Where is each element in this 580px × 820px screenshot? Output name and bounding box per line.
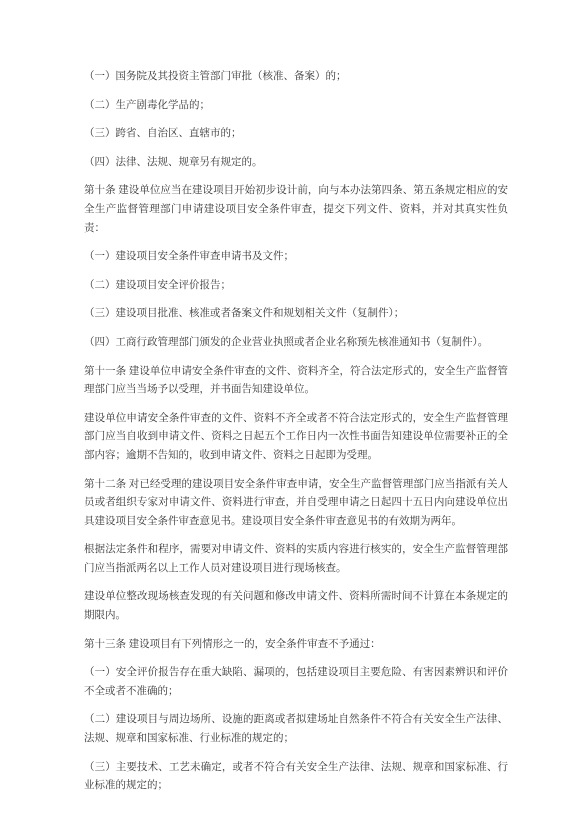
article-13-item-2: （二）建设项目与周边场所、设施的距离或者拟建场址自然条件不符合有关安全生产法律、… (84, 711, 508, 748)
article-11-paragraph-1: 第十一条 建设单位申请安全条件审查的文件、资料齐全，符合法定形式的，安全生产监督… (84, 363, 508, 400)
article-10-paragraph: 第十条 建设单位应当在建设项目开始初步设计前，向与本办法第四条、第五条规定相应的… (84, 182, 508, 238)
article-11-paragraph-2: 建设单位申请安全条件审查的文件、资料不齐全或者不符合法定形式的，安全生产监督管理… (84, 410, 508, 466)
article-13-item-1: （一）安全评价报告存在重大缺陷、漏项的，包括建设项目主要危险、有害因素辨识和评价… (84, 664, 508, 701)
article-10-item-1: （一）建设项目安全条件审查申请书及文件； (84, 248, 508, 267)
document-content: （一）国务院及其投资主管部门审批（核准、备案）的； （二）生产剧毒化学品的； （… (84, 68, 508, 806)
list-item-3: （三）跨省、自治区、直辖市的； (84, 125, 508, 144)
article-13-paragraph: 第十三条 建设项目有下列情形之一的，安全条件审查不予通过： (84, 636, 508, 655)
list-item-4: （四）法律、法规、规章另有规定的。 (84, 154, 508, 173)
article-12-paragraph-2: 根据法定条件和程序，需要对申请文件、资料的实质内容进行核实的，安全生产监督管理部… (84, 541, 508, 578)
list-item-1: （一）国务院及其投资主管部门审批（核准、备案）的； (84, 68, 508, 87)
article-10-item-3: （三）建设项目批准、核准或者备案文件和规划相关文件（复制件）； (84, 305, 508, 324)
article-12-paragraph-3: 建设单位整改现场核查发现的有关问题和修改申请文件、资料所需时间不计算在本条规定的… (84, 588, 508, 625)
article-10-item-4: （四）工商行政管理部门颁发的企业营业执照或者企业名称预先核准通知书（复制件）。 (84, 334, 508, 353)
list-item-2: （二）生产剧毒化学品的； (84, 97, 508, 116)
article-13-item-3: （三）主要技术、工艺未确定，或者不符合有关安全生产法律、法规、规章和国家标准、行… (84, 759, 508, 796)
article-10-item-2: （二）建设项目安全评价报告； (84, 277, 508, 296)
document-page: （一）国务院及其投资主管部门审批（核准、备案）的； （二）生产剧毒化学品的； （… (0, 0, 580, 820)
article-12-paragraph-1: 第十二条 对已经受理的建设项目安全条件审查申请，安全生产监督管理部门应当指派有关… (84, 476, 508, 532)
